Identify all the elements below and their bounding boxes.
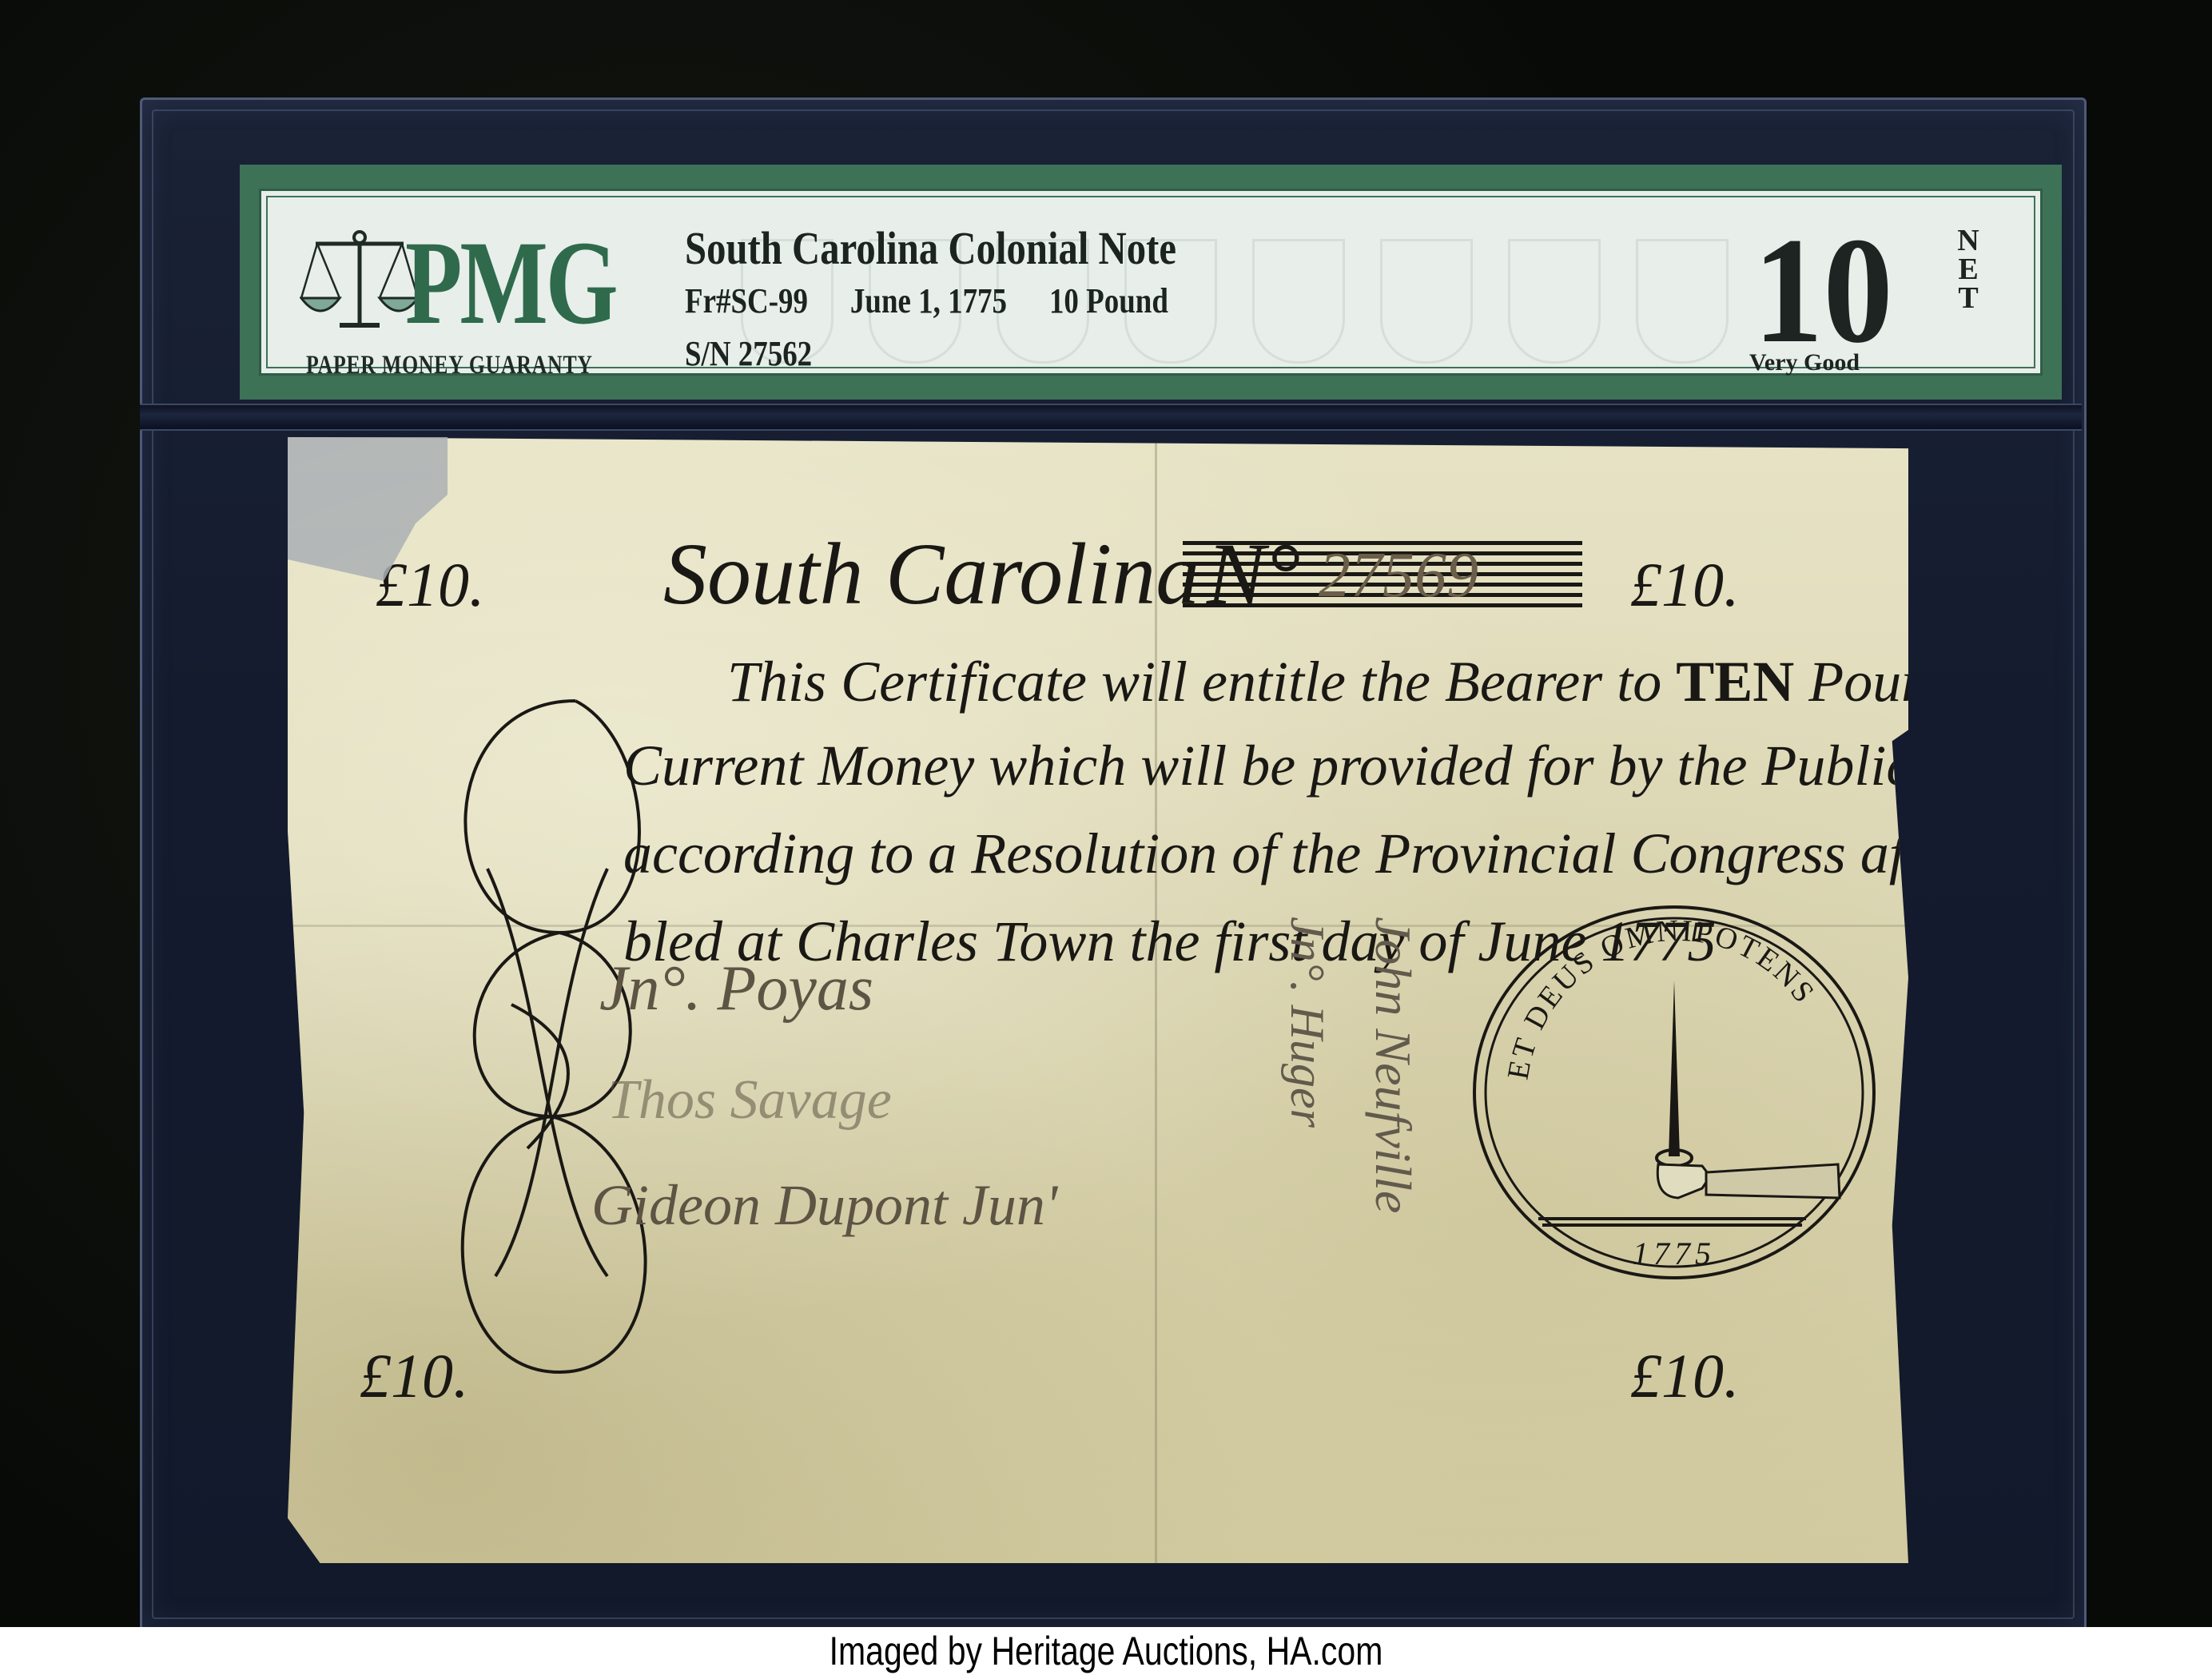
number-prefix: N° [1207, 523, 1300, 625]
fist-icon [1657, 1164, 1710, 1198]
scales-of-justice-icon [300, 229, 420, 333]
text-line-3: according to a Resolution of the Provinc… [623, 821, 1995, 887]
denomination: 10 Pound [1049, 281, 1168, 320]
vertical-signature-2: John Neufville [1363, 917, 1422, 1213]
signature-1: Jn°. Poyas [599, 953, 873, 1025]
signature-2: Thos Savage [607, 1068, 892, 1132]
sword-icon [1669, 981, 1680, 1156]
grade-description: Very Good [1749, 349, 1860, 376]
watermark-scale-icon [1380, 239, 1473, 364]
serial-number: S/N 27562 [685, 333, 812, 374]
amount-word: TEN [1676, 650, 1794, 714]
grade-number: 10 [1753, 215, 1893, 367]
vertical-signature-1: Jn°. Huger [1279, 917, 1335, 1128]
grade-qualifier: N E T [1952, 226, 1984, 312]
note-title: South Carolina Colonial Note [685, 221, 1176, 275]
signature-3: Gideon Dupont Jun' [591, 1172, 1057, 1239]
handwritten-serial: 27569 [1319, 539, 1478, 612]
qualifier-letter: T [1952, 284, 1984, 312]
image-credit-caption: Imaged by Heritage Auctions, HA.com [199, 1627, 2013, 1675]
catalog-number: Fr#SC-99 [685, 281, 808, 320]
corner-value-top-right: £10. [1630, 549, 1740, 621]
seal: ET DEUS OMNIPOTENS 1775 [1462, 901, 1886, 1284]
arm-sleeve-icon [1706, 1164, 1840, 1198]
text-line-2: Current Money which will be provided for… [623, 733, 1912, 799]
grading-label: PMG PAPER MONEY GUARANTY South Carolina … [240, 165, 2062, 400]
pmg-tagline: PAPER MONEY GUARANTY [306, 351, 593, 380]
seal-motto: ET DEUS OMNIPOTENS [1502, 913, 1822, 1082]
banknote: £10. South Carolina N° 27569 £10. This C… [288, 437, 1908, 1563]
watermark-scale-icon [1636, 239, 1729, 364]
corner-value-bottom-left: £10. [360, 1340, 469, 1412]
qualifier-letter: E [1952, 255, 1984, 284]
holder-seam [140, 404, 2082, 431]
text-line-1: This Certificate will entitle the Bearer… [727, 649, 1981, 715]
watermark-scale-icon [1508, 239, 1601, 364]
corner-value-bottom-right: £10. [1630, 1340, 1740, 1412]
note-heading: South Carolina [663, 523, 1199, 625]
watermark-scale-icon [1252, 239, 1345, 364]
note-date: June 1, 1775 [850, 281, 1007, 320]
label-panel: PMG PAPER MONEY GUARANTY South Carolina … [259, 189, 2043, 376]
seal-year: 1775 [1633, 1235, 1716, 1271]
qualifier-letter: N [1952, 226, 1984, 255]
pmg-logo: PMG [405, 215, 616, 351]
calligraphic-flourish-icon [416, 669, 671, 1404]
note-details: Fr#SC-99 June 1, 1775 10 Pound [685, 280, 1203, 321]
